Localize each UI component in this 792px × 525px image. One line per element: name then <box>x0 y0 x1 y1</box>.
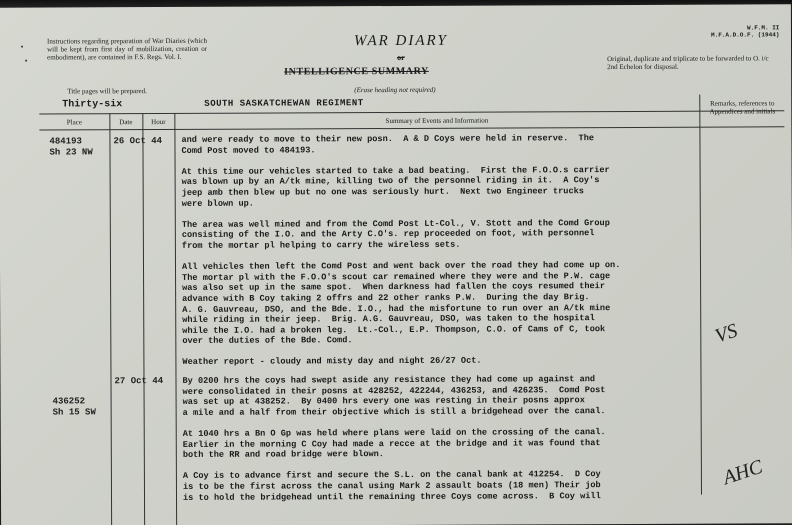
title-pages-note: Title pages will be prepared. <box>67 87 147 95</box>
column-header-date: Date <box>109 118 142 126</box>
form-code: W.F.M. II M.F.A.D.O.F. (1944) <box>711 24 779 38</box>
or-label: or <box>397 53 405 62</box>
war-diary-page: Instructions regarding preparation of Wa… <box>0 4 792 525</box>
initials-signature: AHC <box>720 456 765 490</box>
column-header-remarks: Remarks, references to Appendices and in… <box>702 99 782 115</box>
entry-date: 27 Oct 44 <box>114 376 163 387</box>
intelligence-summary-heading: INTELLIGENCE SUMMARY <box>284 66 429 78</box>
erase-heading-note: (Erase heading not required) <box>354 86 435 94</box>
entry-date: 26 Oct 44 <box>113 136 162 147</box>
column-header-hour: Hour <box>142 118 174 126</box>
column-header-place: Place <box>39 118 109 126</box>
date-column-divider <box>142 113 145 525</box>
table-header-rule <box>39 126 784 130</box>
table-top-rule <box>39 110 784 114</box>
page-title: WAR DIARY <box>354 33 448 50</box>
scan-speck <box>21 46 23 48</box>
copy-count: Thirty-six <box>62 99 122 110</box>
scan-speck <box>25 60 27 62</box>
hour-column-divider <box>174 113 177 525</box>
form-code-line-2: M.F.A.D.O.F. (1944) <box>711 31 779 38</box>
entry-summary: and were ready to move to their new posn… <box>181 133 702 368</box>
initials-signature: VS <box>712 320 740 349</box>
entry-place: 484193 Sh 23 NW <box>49 136 92 157</box>
forwarding-note: Original, duplicate and triplicate to be… <box>607 54 779 71</box>
entry-place: 436252 Sh 15 SW <box>53 396 96 417</box>
column-header-summary: Summary of Events and Information <box>174 116 699 126</box>
unit-name: SOUTH SASKATCHEWAN REGIMENT <box>204 98 363 109</box>
instructions-note: Instructions regarding preparation of Wa… <box>47 37 207 62</box>
place-column-divider <box>109 113 112 525</box>
entry-summary: By 0200 hrs the coys had swept aside any… <box>182 374 703 503</box>
